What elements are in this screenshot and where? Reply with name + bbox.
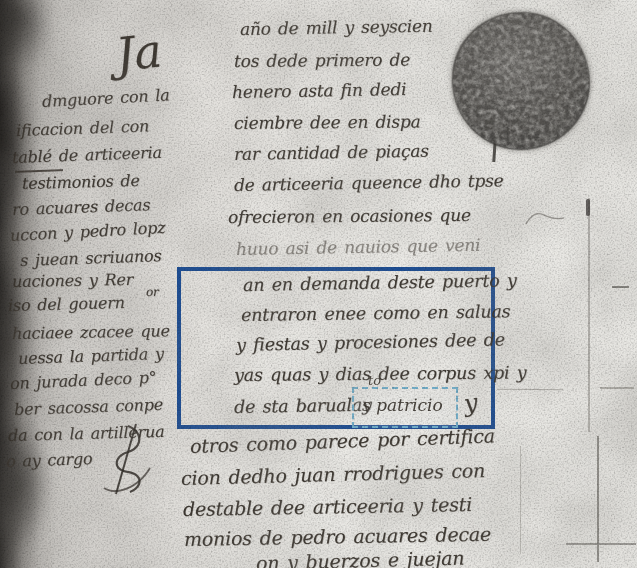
manuscript-scan: Ja dmguore con la ificacion del con tabl… — [0, 0, 637, 568]
crease-line — [566, 543, 636, 545]
margin-line: haciaee zcacee que — [12, 321, 170, 343]
margin-drop-cap: Ja — [113, 23, 164, 81]
main-line-partial: on y buerzos e juejan — [256, 548, 465, 568]
seal-icon — [452, 12, 590, 150]
main-line: tos dede primero de — [234, 50, 410, 72]
fold-line — [588, 198, 590, 432]
seal-tail-mark — [492, 140, 496, 162]
margin-tail-line: o ay cargo — [6, 449, 93, 471]
fold-line-mark — [586, 199, 590, 216]
crease-line — [600, 387, 634, 389]
annotation-box-dashed[interactable]: to s patricio — [352, 387, 458, 428]
main-line: henero asta fin dedi — [232, 80, 407, 103]
ink-squiggle-icon — [524, 206, 566, 230]
main-line: ciembre dee en dispa — [234, 112, 421, 134]
margin-line: uaciones y Rer — [12, 270, 133, 291]
main-line: rar cantidad de piaças — [234, 142, 429, 165]
main-line: monios de pedro acuares decae — [184, 524, 491, 551]
main-line: huuo asi de nauios que veni — [236, 236, 481, 260]
boxed-line: entraron enee como en saluas — [241, 302, 511, 326]
margin-line: iso del gouern — [8, 293, 125, 315]
main-line: año de mill y seyscien — [240, 17, 433, 40]
margin-superscript: or — [146, 285, 159, 299]
main-line: destable dee articeeria y testi — [183, 494, 472, 521]
dashed-box-superscript: to — [368, 374, 381, 389]
main-line: ofrecieron en ocasiones que — [228, 206, 471, 228]
crease-line — [612, 286, 629, 288]
dashed-box-label: s patricio — [362, 396, 443, 416]
fold-line — [520, 446, 521, 554]
margin-line: testimonios de — [22, 171, 140, 193]
main-line-partial: — ——— · —— — [238, 0, 366, 5]
main-line: de articeeria queence dho tpse — [234, 171, 504, 196]
crease-line — [497, 389, 563, 391]
